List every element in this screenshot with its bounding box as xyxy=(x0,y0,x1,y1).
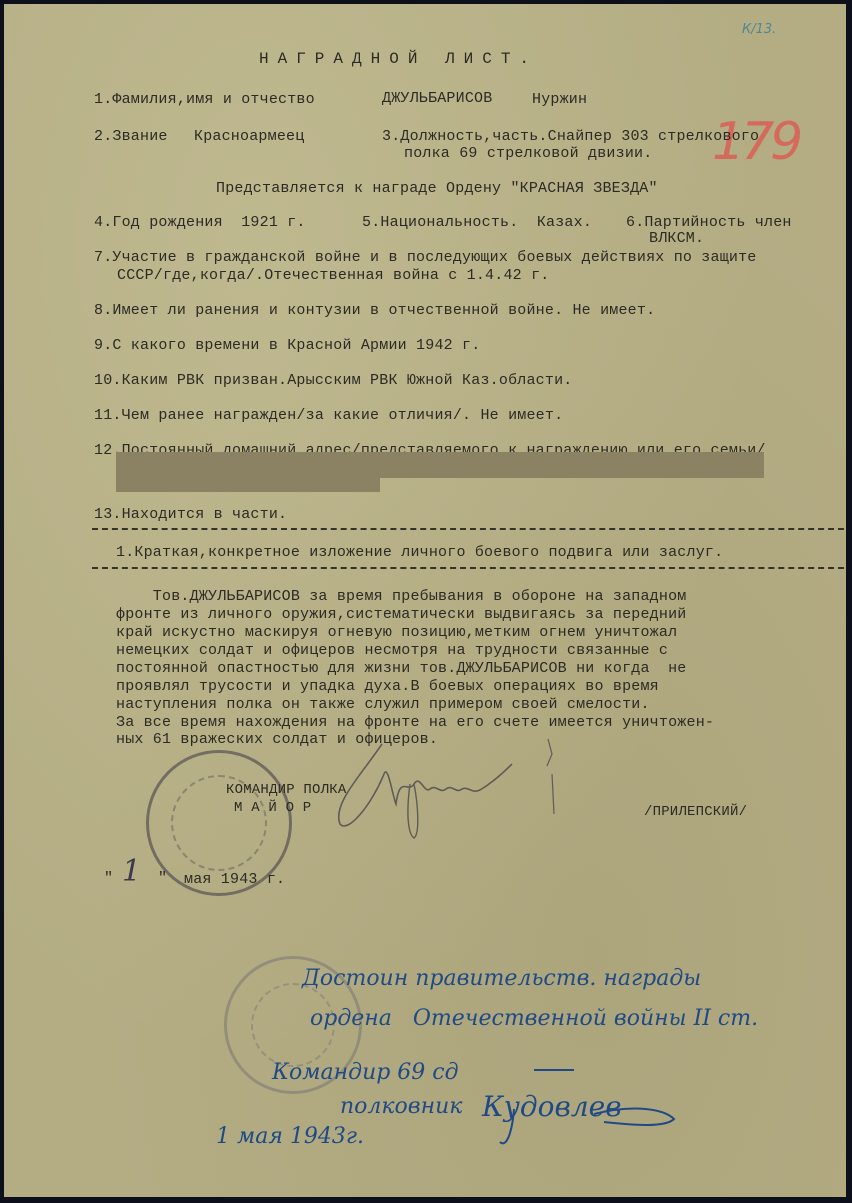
field-9-service-since: 9.С какого времени в Красной Армии 1942 … xyxy=(94,337,480,354)
field-10-enlistment-office: 10.Каким РВК призван.Арысским РВК Южной … xyxy=(94,372,572,389)
section-heading: 1.Краткая,конкретное изложение личного б… xyxy=(116,544,723,561)
regiment-commander-signature xyxy=(322,734,592,844)
field-11-previous-awards: 11.Чем ранее награжден/за какие отличия/… xyxy=(94,407,563,424)
resolution-line-1: Достоин правительств. награды xyxy=(302,966,701,991)
resolution-commander: Командир 69 сд xyxy=(272,1060,459,1085)
divider-bottom xyxy=(92,567,844,569)
field-8-wounds: 8.Имеет ли ранения и контузии в отчестве… xyxy=(94,302,655,319)
field-6-party-line-2: ВЛКСМ. xyxy=(649,230,704,247)
field-7-line-2: СССР/где,когда/.Отечественная война с 1.… xyxy=(117,267,549,284)
resolution-date: 1 мая 1943г. xyxy=(216,1124,364,1149)
field-3-line-2: полка 69 стрелковой двизии. xyxy=(404,145,652,162)
field-2-label: 2.Звание xyxy=(94,128,168,145)
signature-rank: М А Й О Р xyxy=(234,800,311,816)
corner-note: К/13. xyxy=(742,22,776,37)
field-13-location: 13.Находится в части. xyxy=(94,506,287,523)
divider-top xyxy=(92,528,844,530)
field-7-line-1: 7.Участие в гражданской войне и в послед… xyxy=(94,249,757,266)
field-6-party-line-1: 6.Партийность член xyxy=(626,214,792,231)
field-4-birth-year: 4.Год рождения 1921 г. xyxy=(94,214,306,231)
award-sheet-page: К/13. 179 НАГРАДНОЙ ЛИСТ. 1.Фамилия,имя … xyxy=(4,4,846,1197)
narrative-line: За все время нахождения на фронте на его… xyxy=(116,714,714,731)
date-month-year: мая 1943 г. xyxy=(184,871,285,888)
date-quote-open: " xyxy=(104,870,113,887)
field-1-name: Нуржин xyxy=(532,91,587,108)
narrative-line: фронте из личного оружия,систематически … xyxy=(116,606,687,623)
field-5-nationality: 5.Национальность. Казах. xyxy=(362,214,592,231)
field-1-label: 1.Фамилия,имя и отчество xyxy=(94,91,315,108)
narrative-line: наступления полка он также служил пример… xyxy=(116,696,650,713)
field-1-surname: ДЖУЛЬБАРИСОВ xyxy=(382,90,492,107)
field-2-value: Красноармеец xyxy=(194,128,304,145)
award-nomination-line: Представляется к награде Ордену "КРАСНАЯ… xyxy=(216,180,658,197)
redacted-address-line-1 xyxy=(116,452,764,478)
narrative-line: проявлял трусости и упадка духа.В боевых… xyxy=(116,678,659,695)
field-3-line-1: 3.Должность,часть.Снайпер 303 стрелковог… xyxy=(382,128,759,145)
date-day-handwritten: 1 xyxy=(122,854,141,889)
narrative-line: Тов.ДЖУЛЬБАРИСОВ за время пребывания в о… xyxy=(116,588,687,605)
document-title: НАГРАДНОЙ ЛИСТ. xyxy=(259,50,538,68)
division-commander-signature-flourish xyxy=(434,1064,694,1154)
narrative-line: край искустно маскируя огневую позицию,м… xyxy=(116,624,677,641)
redacted-address-line-2 xyxy=(116,478,380,492)
signatory-name: /ПРИЛЕПСКИЙ/ xyxy=(644,804,747,820)
resolution-line-2: ордена Отечественной войны II ст. xyxy=(310,1006,758,1031)
narrative-line: постоянной опастностью для жизни тов.ДЖУ… xyxy=(116,660,687,677)
date-quote-close: " xyxy=(158,870,167,887)
narrative-line: немецких солдат и офицеров несмотря на т… xyxy=(116,642,668,659)
